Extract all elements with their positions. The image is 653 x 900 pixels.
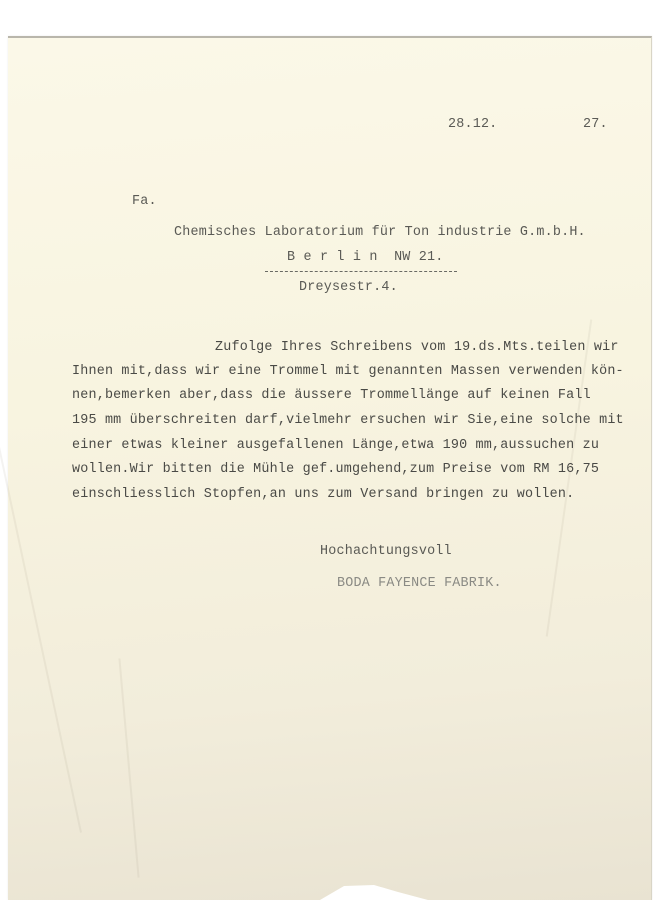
body-line: wollen.Wir bitten die Mühle gef.umgehend… [72, 462, 599, 477]
paper-crease [118, 658, 139, 877]
paper-crease [0, 343, 82, 832]
signature-company: BODA FAYENCE FABRIK. [337, 576, 502, 591]
recipient-company: Chemisches Laboratorium für Ton industri… [174, 225, 586, 240]
body-line: 195 mm überschreiten darf,vielmehr ersuc… [72, 413, 624, 428]
letter-year: 27. [583, 117, 608, 132]
salutation-prefix: Fa. [132, 194, 157, 209]
paper-tear [308, 880, 428, 900]
closing: Hochachtungsvoll [320, 544, 452, 559]
body-line: Zufolge Ihres Schreibens vom 19.ds.Mts.t… [215, 340, 619, 355]
body-line: nen,bemerken aber,dass die äussere Tromm… [72, 388, 591, 403]
recipient-city: B e r l i n NW 21. [287, 250, 443, 265]
body-line: Ihnen mit,dass wir eine Trommel mit gena… [72, 364, 624, 379]
body-line: einschliesslich Stopfen,an uns zum Versa… [72, 487, 574, 502]
city-underline [265, 271, 457, 272]
letter-date: 28.12. [448, 117, 497, 132]
body-line: einer etwas kleiner ausgefallenen Länge,… [72, 438, 599, 453]
recipient-street: Dreysestr.4. [299, 280, 398, 295]
